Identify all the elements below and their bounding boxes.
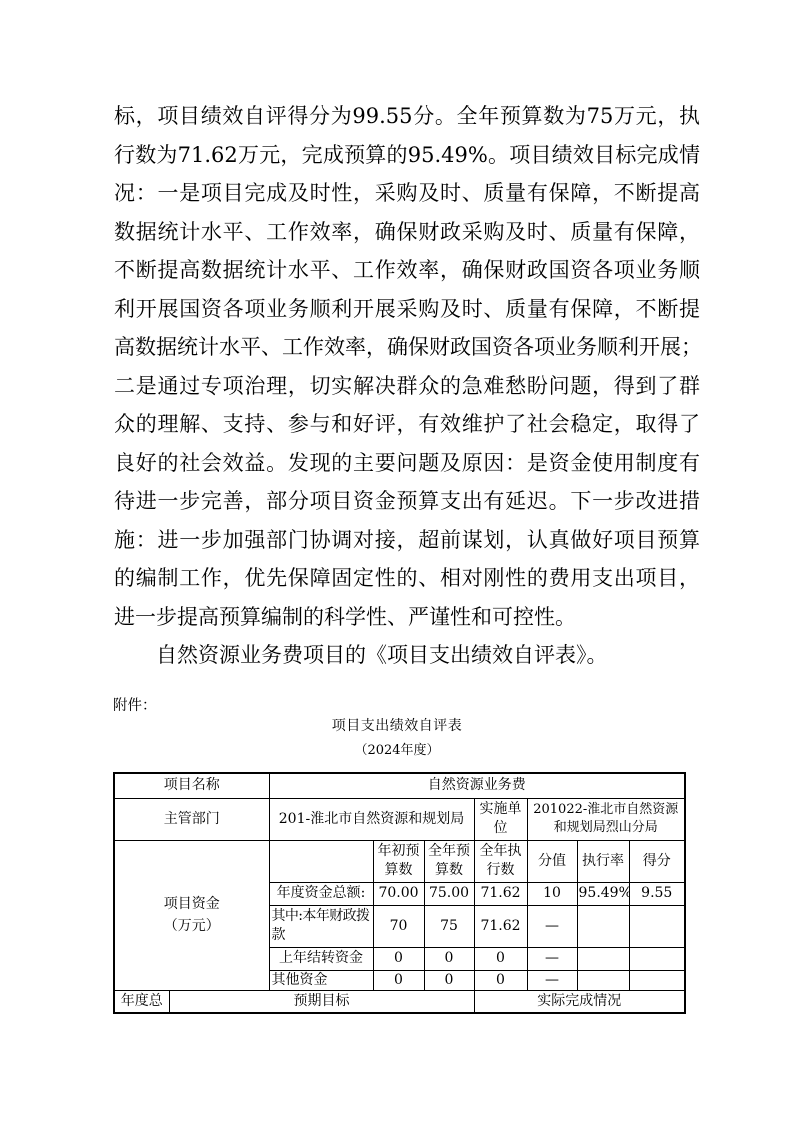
fund-row-value: 71.62	[474, 905, 527, 947]
table-row: 主管部门 201-淮北市自然资源和规划局 实施单位 201022-淮北市自然资源…	[114, 798, 685, 840]
body-line: 自然资源业务费项目的《项目支出绩效自评表》。	[114, 636, 700, 675]
fund-row-value: 75	[424, 905, 474, 947]
body-line: 二是通过专项治理，切实解决群众的急难愁盼问题，得到了群	[114, 367, 700, 406]
project-funds-label-cell: 项目资金 （万元）	[114, 840, 269, 990]
fund-row-value: 70	[373, 905, 424, 947]
column-header-execution-rate: 执行率	[577, 840, 629, 882]
fund-row-value	[577, 905, 629, 947]
body-line: 行数为71.62万元，完成预算的95.49%。项目绩效目标完成情	[114, 136, 700, 175]
project-funds-label-line1: 项目资金	[116, 893, 268, 915]
table-row: 项目资金 （万元） 年初预算数 全年预算数 全年执行数 分值 执行率 得分	[114, 840, 685, 882]
document-page: 标，项目绩效自评得分为99.55分。全年预算数为75万元，执 行数为71.62万…	[0, 0, 794, 1122]
project-name-label-cell: 项目名称	[114, 773, 269, 798]
fund-row-value	[629, 970, 685, 990]
body-line: 标，项目绩效自评得分为99.55分。全年预算数为75万元，执	[114, 97, 700, 136]
table-row: 年度总 预期目标 实际完成情况	[114, 990, 685, 1013]
self-evaluation-table: 项目名称 自然资源业务费 主管部门 201-淮北市自然资源和规划局 实施单位 2…	[113, 772, 686, 1014]
expected-goal-cell: 预期目标	[169, 990, 474, 1013]
fund-row-value: 0	[373, 970, 424, 990]
body-line: 良好的社会效益。发现的主要问题及原因：是资金使用制度有	[114, 444, 700, 483]
fund-row-label: 年度资金总额:	[269, 882, 373, 905]
fund-row-value: 75.00	[424, 882, 474, 905]
fund-row-value	[577, 947, 629, 970]
body-line: 利开展国资各项业务顺利开展采购及时、质量有保障，不断提	[114, 290, 700, 329]
fund-row-value	[629, 905, 685, 947]
fund-row-value: —	[527, 947, 577, 970]
column-header-annual-execution: 全年执行数	[474, 840, 527, 882]
fund-row-value: 71.62	[474, 882, 527, 905]
fund-row-value: —	[527, 905, 577, 947]
fund-row-value: 0	[474, 970, 527, 990]
impl-unit-value-cell: 201022-淮北市自然资源和规划局烈山分局	[527, 798, 685, 840]
fund-row-label: 上年结转资金	[269, 947, 373, 970]
fund-row-value: 10	[527, 882, 577, 905]
dept-value-cell: 201-淮北市自然资源和规划局	[269, 798, 474, 840]
annual-total-label-cell: 年度总	[114, 990, 169, 1013]
column-header-score-value: 分值	[527, 840, 577, 882]
table-subtitle: （2024年度）	[0, 739, 794, 758]
body-line: 不断提高数据统计水平、工作效率，确保财政国资各项业务顺	[114, 251, 700, 290]
fund-row-value: —	[527, 970, 577, 990]
body-line: 众的理解、支持、参与和好评，有效维护了社会稳定，取得了	[114, 405, 700, 444]
fund-row-label: 其中:本年财政拨款	[269, 905, 373, 947]
fund-row-value	[629, 947, 685, 970]
body-line: 的编制工作，优先保障固定性的、相对刚性的费用支出项目，	[114, 559, 700, 598]
fund-row-value: 70.00	[373, 882, 424, 905]
dept-label-cell: 主管部门	[114, 798, 269, 840]
body-line: 高数据统计水平、工作效率，确保财政国资各项业务顺利开展；	[114, 328, 700, 367]
table-row: 项目名称 自然资源业务费	[114, 773, 685, 798]
fund-row-value: 0	[424, 947, 474, 970]
project-name-value-cell: 自然资源业务费	[269, 773, 685, 798]
fund-row-value: 0	[424, 970, 474, 990]
column-header-annual-budget: 全年预算数	[424, 840, 474, 882]
fund-row-value: 0	[474, 947, 527, 970]
actual-completion-cell: 实际完成情况	[474, 990, 685, 1013]
project-funds-label-line2: （万元）	[116, 915, 268, 937]
body-line: 况：一是项目完成及时性，采购及时、质量有保障，不断提高	[114, 174, 700, 213]
fund-row-value: 9.55	[629, 882, 685, 905]
attachment-label: 附件：	[113, 694, 157, 715]
column-header-initial-budget: 年初预算数	[373, 840, 424, 882]
column-header-score: 得分	[629, 840, 685, 882]
body-paragraph: 标，项目绩效自评得分为99.55分。全年预算数为75万元，执 行数为71.62万…	[114, 97, 700, 675]
body-line: 施：进一步加强部门协调对接，超前谋划，认真做好项目预算	[114, 521, 700, 560]
body-line: 进一步提高预算编制的科学性、严谨性和可控性。	[114, 598, 700, 637]
body-line: 待进一步完善，部分项目资金预算支出有延迟。下一步改进措	[114, 482, 700, 521]
impl-unit-label-cell: 实施单位	[474, 798, 527, 840]
fund-row-value	[577, 970, 629, 990]
empty-header-cell	[269, 840, 373, 882]
table-title: 项目支出绩效自评表	[0, 715, 794, 735]
fund-row-value: 95.49%	[577, 882, 629, 905]
body-line: 数据统计水平、工作效率，确保财政采购及时、质量有保障，	[114, 213, 700, 252]
fund-row-value: 0	[373, 947, 424, 970]
fund-row-label: 其他资金	[269, 970, 373, 990]
